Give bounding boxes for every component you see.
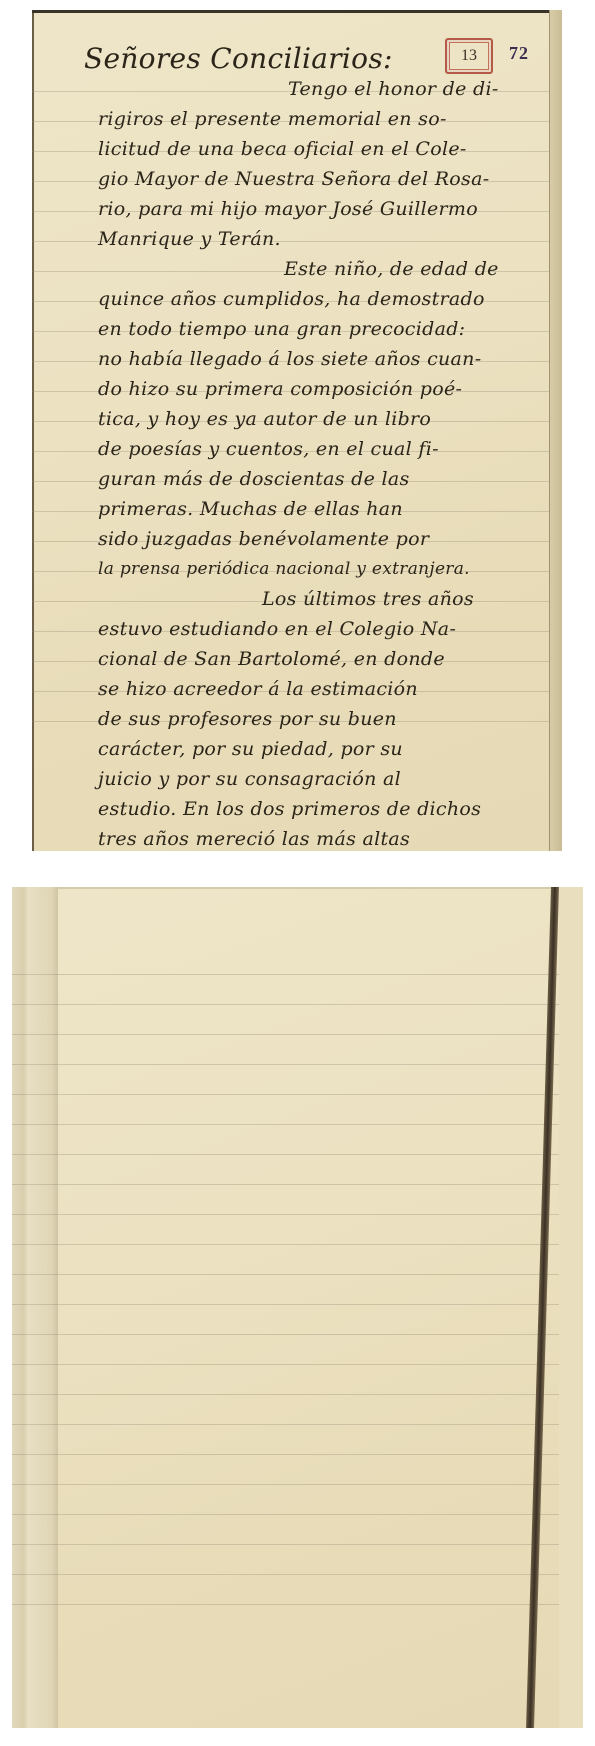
spine-shadow-dark	[526, 887, 559, 1728]
text-line: do hizo su primera composición poé-	[98, 374, 462, 404]
binding-strip	[12, 887, 58, 1728]
folio-box-number: 13	[445, 38, 493, 74]
text-line: sido juzgadas benévolamente por	[98, 524, 429, 554]
text-line: primeras. Muchas de ellas han	[98, 494, 403, 524]
text-line: Este niño, de edad de	[284, 254, 499, 284]
text-line: la prensa periódica nacional y extranjer…	[98, 554, 470, 584]
text-line: gio Mayor de Nuestra Señora del Rosa-	[98, 164, 489, 194]
letter-page-1: Señores Conciliarios: 13 72 Tengo el hon…	[32, 10, 562, 851]
ruled-lines	[12, 945, 583, 1608]
text-line: tica, y hoy es ya autor de un libro	[98, 404, 431, 434]
salutation: Señores Conciliarios:	[84, 42, 393, 75]
letter-page-2	[12, 887, 583, 1728]
spine-shadow	[545, 887, 575, 1728]
text-line: Los últimos tres años	[262, 584, 474, 614]
text-line: Manrique y Terán.	[98, 224, 281, 254]
text-line: se hizo acreedor á la estimación	[98, 674, 418, 704]
text-line: rigiros el presente memorial en so-	[98, 104, 447, 134]
text-line: licitud de una beca oficial en el Cole-	[98, 134, 467, 164]
page-fold-edge	[549, 10, 562, 851]
text-line: no había llegado á los siete años cuan-	[98, 344, 481, 374]
text-line: quince años cumplidos, ha demostrado	[98, 284, 485, 314]
text-line: cional de San Bartolomé, en donde	[98, 644, 445, 674]
text-line: guran más de doscientas de las	[98, 464, 410, 494]
text-line: en todo tiempo una gran precocidad:	[98, 314, 465, 344]
text-line: juicio y por su consagración al	[98, 764, 401, 794]
text-line: rio, para mi hijo mayor José Guillermo	[98, 194, 478, 224]
text-line: de poesías y cuentos, en el cual fi-	[98, 434, 439, 464]
next-page-edge	[559, 887, 583, 1728]
folio-stamp-number: 72	[509, 43, 529, 64]
text-line: tres años mereció las más altas	[98, 824, 410, 851]
text-line: estuvo estudiando en el Colegio Na-	[98, 614, 456, 644]
text-line: de sus profesores por su buen	[98, 704, 397, 734]
text-line: estudio. En los dos primeros de dichos	[98, 794, 481, 824]
text-line: carácter, por su piedad, por su	[98, 734, 403, 764]
text-line: Tengo el honor de di-	[288, 74, 499, 104]
